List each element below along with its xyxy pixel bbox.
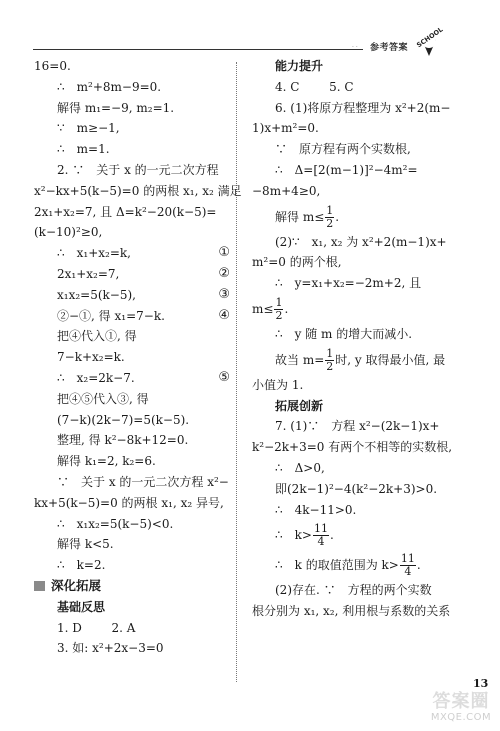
text-line: ∴ m²+8m−9=0. [34, 77, 230, 98]
equation-marker: ⑤ [218, 368, 230, 389]
text-line: 解得 m₁=−9, m₂=1. [34, 98, 230, 119]
text-line: ∴ Δ>0, [252, 458, 448, 479]
subsection-title: 基础反思 [34, 597, 230, 618]
text-line: kx+5(k−5)=0 的两根 x₁, x₂ 异号, [34, 493, 230, 514]
equation-line-5: ∴ x₂=2k−7.⑤ [34, 368, 230, 389]
text-line: 解得 k₁=2, k₂=6. [34, 451, 230, 472]
text-line: k²−2k+3=0 有两个不相等的实数根, [252, 437, 448, 458]
page-number: 13 [473, 677, 488, 690]
text-line: ∴ y 随 m 的增大而减小. [252, 324, 448, 345]
text-line: ∴ 4k−11>0. [252, 500, 448, 521]
left-column: 16=0. ∴ m²+8m−9=0. 解得 m₁=−9, m₂=1. ∵ m≥−… [34, 56, 230, 659]
equation-text: ∴ x₂=2k−7. [57, 371, 135, 385]
header-rule [33, 49, 363, 50]
text-line: ∵ m≥−1, [34, 118, 230, 139]
text-line: 2x₁+x₂=7, 且 Δ=k²−20(k−5)= [34, 202, 230, 223]
text-line: m²=0 的两个根, [252, 252, 448, 273]
equation-text: ∴ x₁+x₂=k, [57, 246, 131, 260]
text-line: ∴ x₁x₂=5(k−5)<0. [34, 514, 230, 535]
right-column: 能力提升 4. C 5. C 6. (1)将原方程整理为 x²+2(m− 1)x… [252, 56, 448, 622]
text-segment: 解得 m≤ [275, 210, 324, 224]
text-line: (k−10)²≥0, [34, 222, 230, 243]
answers-line: 4. C 5. C [252, 77, 448, 98]
equation-text: ②−①, 得 x₁=7−k. [57, 309, 165, 323]
text-segment: ∴ k 的取值范围为 k> [275, 558, 399, 572]
fraction-line: m≤12. [252, 294, 448, 324]
text-line: 即(2k−1)²−4(k²−2k+3)>0. [252, 479, 448, 500]
equation-line-2: 2x₁+x₂=7,② [34, 264, 230, 285]
equation-marker: ③ [218, 285, 230, 306]
answer-2: 2. A [112, 621, 136, 635]
section-heading: 深化拓展 [34, 576, 230, 597]
text-line: ∵ 关于 x 的一元二次方程 x²− [34, 472, 230, 493]
text-segment: 故当 m= [275, 353, 324, 367]
equation-marker: ② [218, 264, 230, 285]
text-line: ∴ y=x₁+x₂=−2m+2, 且 [252, 273, 448, 294]
text-line: (2)存在. ∵ 方程的两个实数 [252, 580, 448, 601]
text-segment: 时, y 取得最小值, 最 [335, 353, 445, 367]
text-line: 16=0. [34, 56, 230, 77]
text-line: (2)∵ x₁, x₂ 为 x²+2(m−1)x+ [252, 232, 448, 253]
text-line: 7. (1)∵ 方程 x²−(2k−1)x+ [252, 416, 448, 437]
watermark-bottom: MXQE.COM [424, 712, 498, 724]
fraction-eleven-quarters: 114 [400, 553, 416, 578]
equation-line-1: ∴ x₁+x₂=k,① [34, 243, 230, 264]
section-title: 深化拓展 [51, 576, 101, 597]
column-divider [236, 62, 237, 682]
fraction-half: 12 [325, 205, 334, 230]
school-logo-icon: SCHOOL [412, 26, 446, 58]
header-title: 参考答案 [370, 40, 408, 53]
fraction-line: 解得 m≤12. [252, 202, 448, 232]
text-line: 2. ∵ 关于 x 的一元二次方程 [34, 160, 230, 181]
equation-marker: ④ [218, 306, 230, 327]
text-segment: m≤ [252, 302, 273, 316]
equation-line-4: ②−①, 得 x₁=7−k.④ [34, 306, 230, 327]
text-line: 解得 k<5. [34, 534, 230, 555]
text-line: 1)x+m²=0. [252, 118, 448, 139]
fraction-half: 12 [325, 348, 334, 373]
text-line: ∵ 原方程有两个实数根, [252, 139, 448, 160]
answer-1: 1. D [57, 621, 82, 635]
text-line: (7−k)(2k−7)=5(k−5). [34, 410, 230, 431]
fraction-half: 12 [274, 297, 283, 322]
text-line: 根分别为 x₁, x₂, 利用根与系数的关系 [252, 601, 448, 622]
text-line: ∴ m=1. [34, 139, 230, 160]
text-line: ∴ Δ=[2(m−1)]²−4m²= [252, 160, 448, 181]
equation-text: 2x₁+x₂=7, [57, 267, 119, 281]
text-line: 把④⑤代入③, 得 [34, 389, 230, 410]
header-dots: · · [352, 44, 358, 51]
text-line: ∴ k=2. [34, 555, 230, 576]
equation-line-3: x₁x₂=5(k−5),③ [34, 285, 230, 306]
text-line: 3. 如: x²+2x−3=0 [34, 638, 230, 659]
equation-text: x₁x₂=5(k−5), [57, 288, 136, 302]
watermark: 答案圈 MXQE.COM [424, 692, 498, 730]
text-line: 7−k+x₂=k. [34, 347, 230, 368]
fraction-line: ∴ k 的取值范围为 k>114. [252, 550, 448, 580]
section-square-icon [34, 581, 45, 591]
equation-marker: ① [218, 243, 230, 264]
watermark-top: 答案圈 [424, 692, 498, 712]
text-segment: ∴ k> [275, 528, 312, 542]
text-line: 把④代入①, 得 [34, 326, 230, 347]
answer-4: 4. C [275, 80, 299, 94]
text-line: x²−kx+5(k−5)=0 的两根 x₁, x₂ 满足 [34, 181, 230, 202]
text-line: 整理, 得 k²−8k+12=0. [34, 430, 230, 451]
answers-line: 1. D 2. A [34, 618, 230, 639]
fraction-line: 故当 m=12时, y 取得最小值, 最 [252, 345, 448, 375]
fraction-line: ∴ k>114. [252, 520, 448, 550]
fraction-eleven-quarters: 114 [313, 523, 329, 548]
heading-ability: 能力提升 [252, 56, 448, 77]
answer-5: 5. C [329, 80, 353, 94]
text-line: 小值为 1. [252, 375, 448, 396]
heading-extension: 拓展创新 [252, 396, 448, 417]
text-line: 6. (1)将原方程整理为 x²+2(m− [252, 98, 448, 119]
text-line: −8m+4≥0, [252, 181, 448, 202]
